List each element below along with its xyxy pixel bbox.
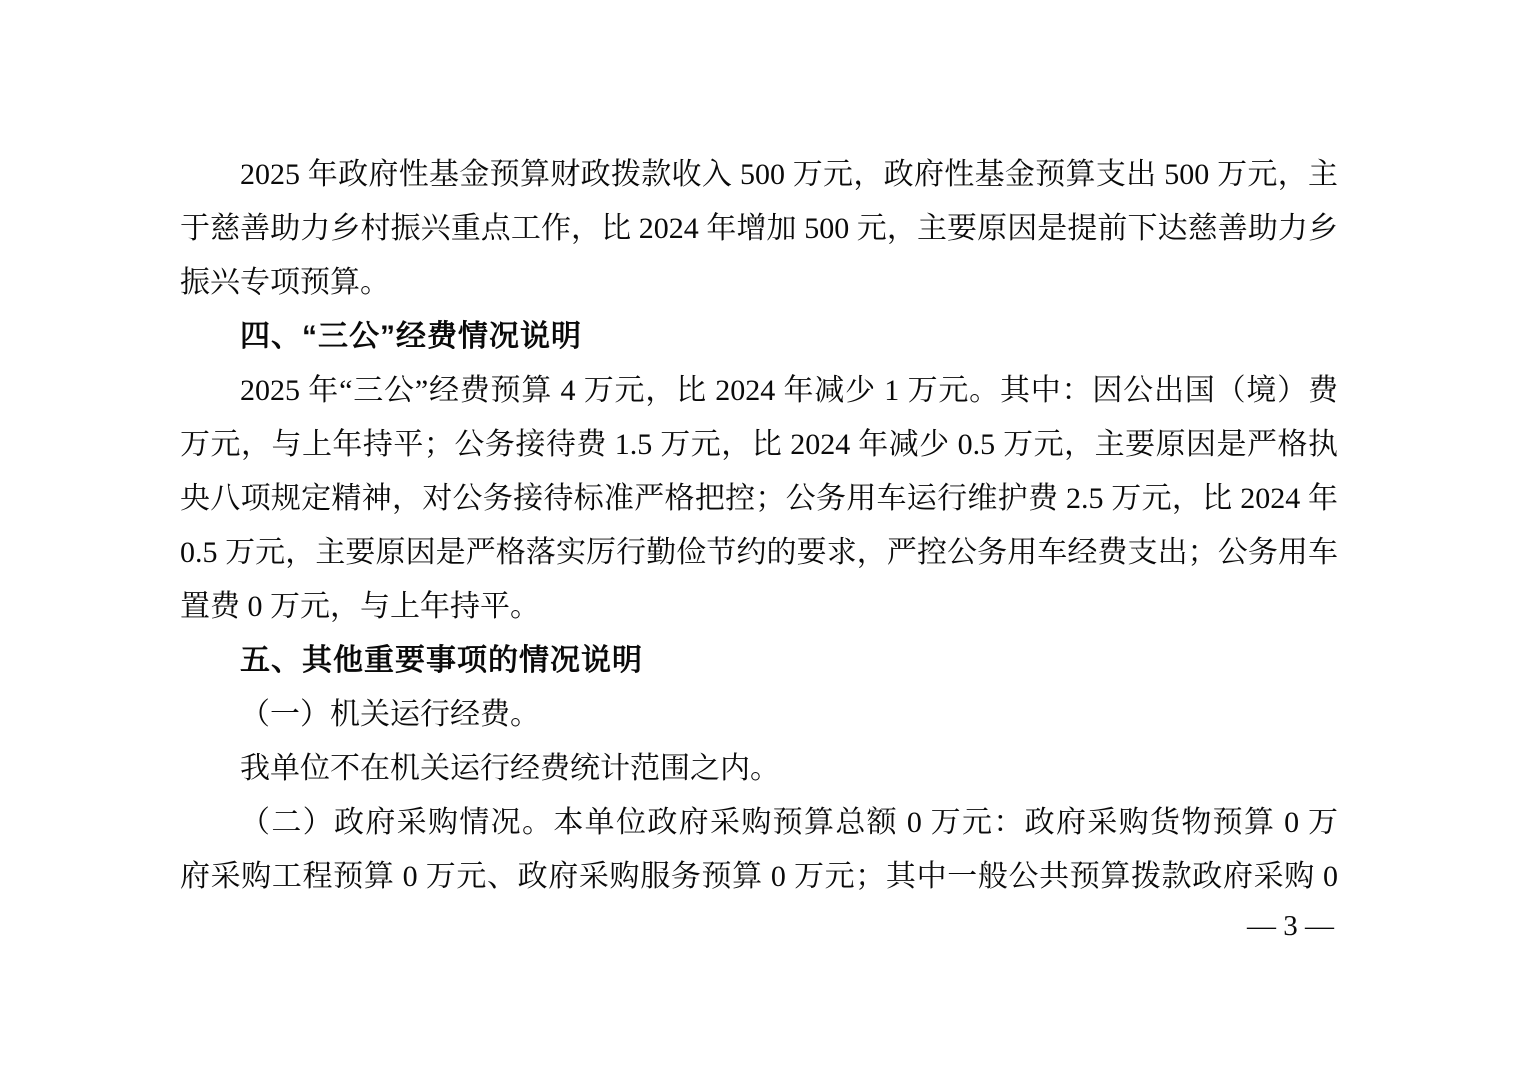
document-body: 2025 年政府性基金预算财政拨款收入 500 万元，政府性基金预算支出 500… [180,148,1338,904]
body-line: 万元，与上年持平；公务接待费 1.5 万元，比 2024 年减少 0.5 万元，… [180,418,1338,472]
body-line: 于慈善助力乡村振兴重点工作，比 2024 年增加 500 元，主要原因是提前下达… [180,202,1338,256]
body-line: 0.5 万元，主要原因是严格落实厉行勤俭节约的要求，严控公务用车经费支出；公务用… [180,526,1338,580]
body-line: （二）政府采购情况。本单位政府采购预算总额 0 万元：政府采购货物预算 0 万元… [180,796,1338,850]
item-one-body: 我单位不在机关运行经费统计范围之内。 [180,742,1338,796]
body-line: 央八项规定精神，对公务接待标准严格把控；公务用车运行维护费 2.5 万元，比 2… [180,472,1338,526]
document-page: 2025 年政府性基金预算财政拨款收入 500 万元，政府性基金预算支出 500… [0,0,1520,1074]
body-line: 振兴专项预算。 [180,256,1338,310]
item-one-title: （一）机关运行经费。 [180,688,1338,742]
page-number: — 3 — [1247,904,1334,948]
body-line: 府采购工程预算 0 万元、政府采购服务预算 0 万元；其中一般公共预算拨款政府采… [180,850,1338,904]
section-heading-five: 五、其他重要事项的情况说明 [180,634,1338,688]
body-line: 2025 年“三公”经费预算 4 万元，比 2024 年减少 1 万元。其中：因… [180,364,1338,418]
body-line: 置费 0 万元，与上年持平。 [180,580,1338,634]
body-line: 2025 年政府性基金预算财政拨款收入 500 万元，政府性基金预算支出 500… [180,148,1338,202]
section-heading-four: 四、“三公”经费情况说明 [180,310,1338,364]
